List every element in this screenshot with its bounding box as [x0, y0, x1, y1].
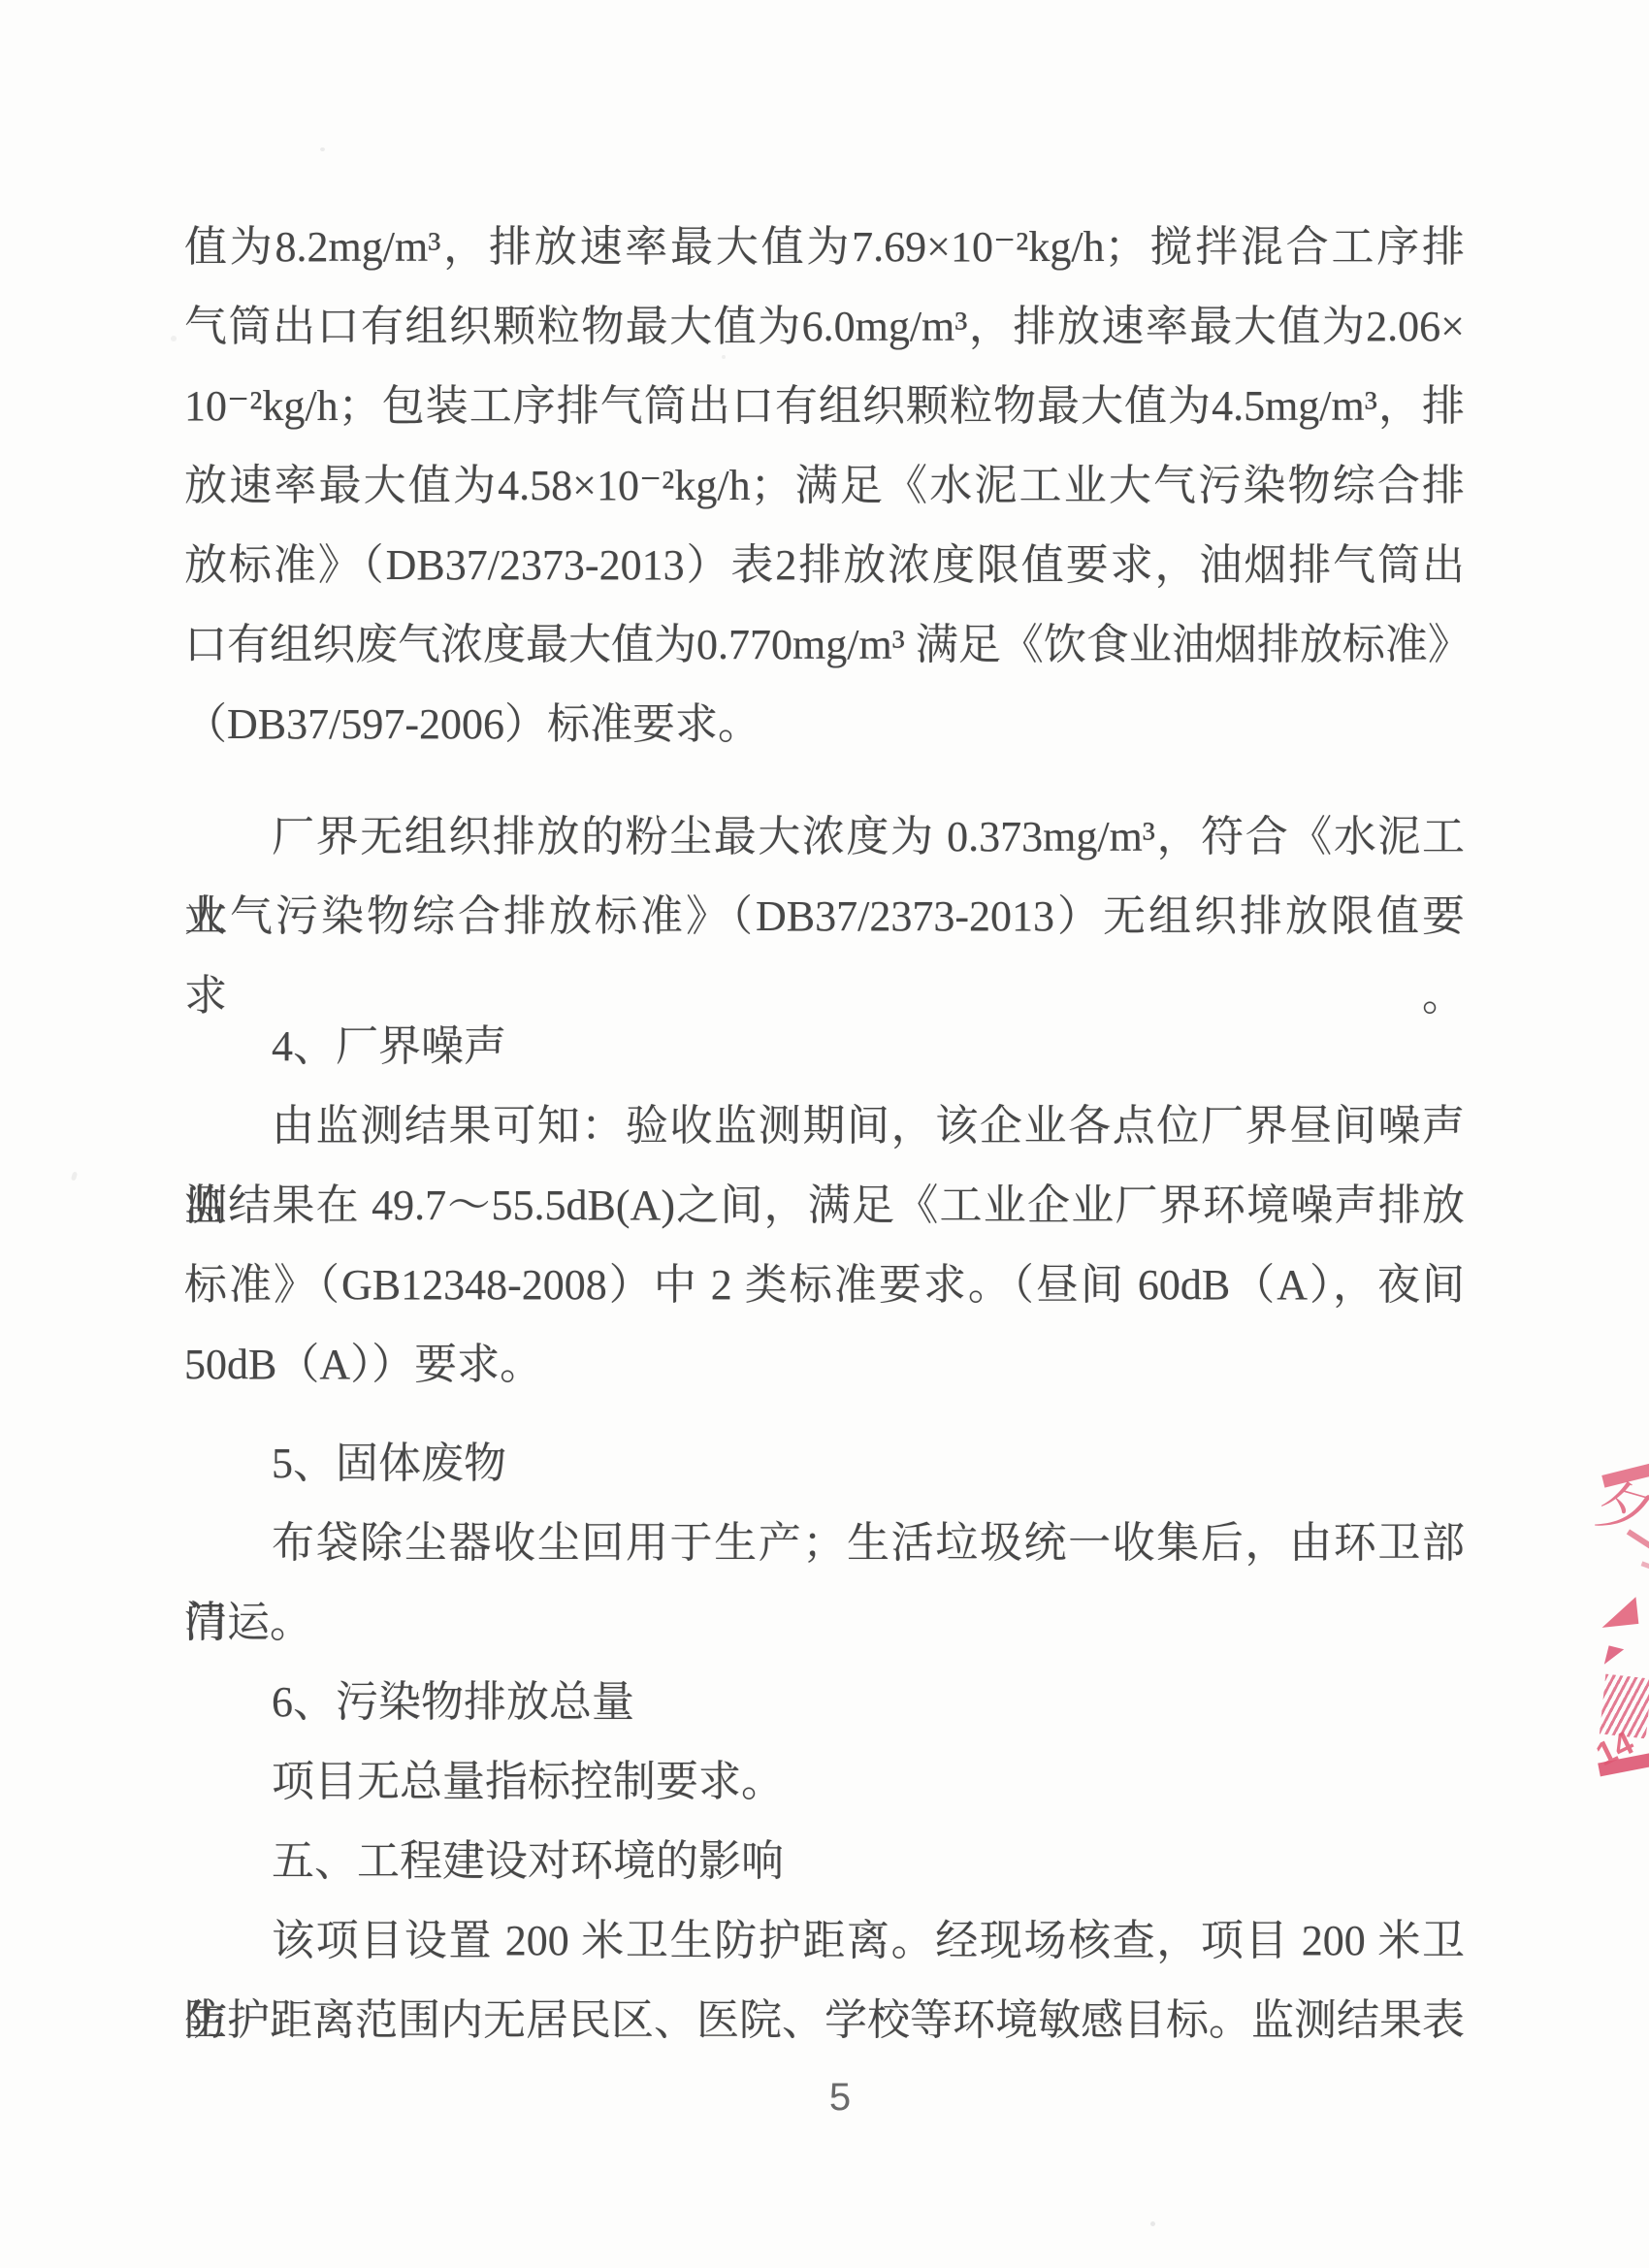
text-line: 5、固体废物: [184, 1424, 1465, 1504]
text-line: 气筒出口有组织颗粒物最大值为6.0mg/m³，排放速率最大值为2.06×: [184, 287, 1465, 367]
scan-speck: [171, 336, 177, 341]
stamp-digits-icon: 14: [1591, 1726, 1638, 1771]
stamp-character-icon: 夕: [1590, 1475, 1649, 1545]
stamp-bar-icon: [1601, 1462, 1649, 1487]
text-line: 放标准》（DB37/2373-2013）表2排放浓度限值要求，油烟排气筒出: [184, 526, 1465, 605]
paragraph: 布袋除尘器收尘回用于生产；生活垃圾统一收集后，由环卫部门清运。: [184, 1504, 1465, 1663]
text-line: 五、工程建设对环境的影响: [184, 1822, 1465, 1901]
text-line: （DB37/597-2006）标准要求。: [184, 685, 1465, 764]
stamp-bar-icon: [1598, 1753, 1649, 1777]
paragraph: 项目无总量指标控制要求。: [184, 1742, 1465, 1822]
paragraph: 由监测结果可知：验收监测期间，该企业各点位厂界昼间噪声监测结果在 49.7～55…: [184, 1086, 1465, 1405]
text-line: 放速率最大值为4.58×10⁻²kg/h；满足《水泥工业大气污染物综合排: [184, 446, 1465, 526]
text-line: 标准》（GB12348-2008）中 2 类标准要求。（昼间 60dB（A），夜…: [184, 1246, 1465, 1325]
text-line: 清运。: [184, 1583, 1465, 1663]
text-line: 厂界无组织排放的粉尘最大浓度为 0.373mg/m³，符合《水泥工业: [184, 797, 1465, 877]
text-line: 大气污染物综合排放标准》（DB37/2373-2013）无组织排放限值要求。: [184, 877, 1465, 956]
paragraph: 值为8.2mg/m³，排放速率最大值为7.69×10⁻²kg/h；搅拌混合工序排…: [184, 208, 1465, 764]
scan-speck: [1150, 2221, 1155, 2226]
page-number: 5: [811, 2076, 869, 2119]
text-line: 由监测结果可知：验收监测期间，该企业各点位厂界昼间噪声监: [184, 1086, 1465, 1166]
document-text: 值为8.2mg/m³，排放速率最大值为7.69×10⁻²kg/h；搅拌混合工序排…: [184, 208, 1465, 2060]
scan-speck: [71, 1171, 79, 1181]
text-line: 布袋除尘器收尘回用于生产；生活垃圾统一收集后，由环卫部门: [184, 1504, 1465, 1583]
paragraph: 6、污染物排放总量: [184, 1663, 1465, 1742]
text-line: 项目无总量指标控制要求。: [184, 1742, 1465, 1822]
text-line: 值为8.2mg/m³，排放速率最大值为7.69×10⁻²kg/h；搅拌混合工序排: [184, 208, 1465, 287]
scanned-document-page: 值为8.2mg/m³，排放速率最大值为7.69×10⁻²kg/h；搅拌混合工序排…: [0, 0, 1649, 2268]
scan-speck: [320, 147, 325, 151]
stamp-triangle-icon: [1600, 1597, 1639, 1628]
stamp-stroke-icon: [1627, 1529, 1649, 1549]
section-heading: 5、固体废物: [184, 1424, 1465, 1504]
text-line: 测结果在 49.7～55.5dB(A)之间，满足《工业企业厂界环境噪声排放: [184, 1166, 1465, 1246]
text-line: 6、污染物排放总量: [184, 1663, 1465, 1742]
stamp-scribble-icon: [1600, 1674, 1649, 1739]
stamp-stroke-icon: [1641, 1561, 1649, 1571]
text-line: 10⁻²kg/h；包装工序排气筒出口有组织颗粒物最大值为4.5mg/m³，排: [184, 367, 1465, 446]
paragraph: 该项目设置 200 米卫生防护距离。经现场核查，项目 200 米卫生防护距离范围…: [184, 1901, 1465, 2060]
paragraph: 厂界无组织排放的粉尘最大浓度为 0.373mg/m³，符合《水泥工业大气污染物综…: [184, 797, 1465, 956]
text-line: 50dB（A））要求。: [184, 1325, 1465, 1405]
text-line: 该项目设置 200 米卫生防护距离。经现场核查，项目 200 米卫生: [184, 1901, 1465, 1981]
paragraph: 五、工程建设对环境的影响: [184, 1822, 1465, 1901]
scan-speck: [722, 355, 726, 359]
text-line: 口有组织废气浓度最大值为0.770mg/m³ 满足《饮食业油烟排放标准》: [184, 605, 1465, 685]
text-line: 防护距离范围内无居民区、医院、学校等环境敏感目标。监测结果表: [184, 1981, 1465, 2060]
stamp-chevron-icon: [1604, 1645, 1624, 1668]
